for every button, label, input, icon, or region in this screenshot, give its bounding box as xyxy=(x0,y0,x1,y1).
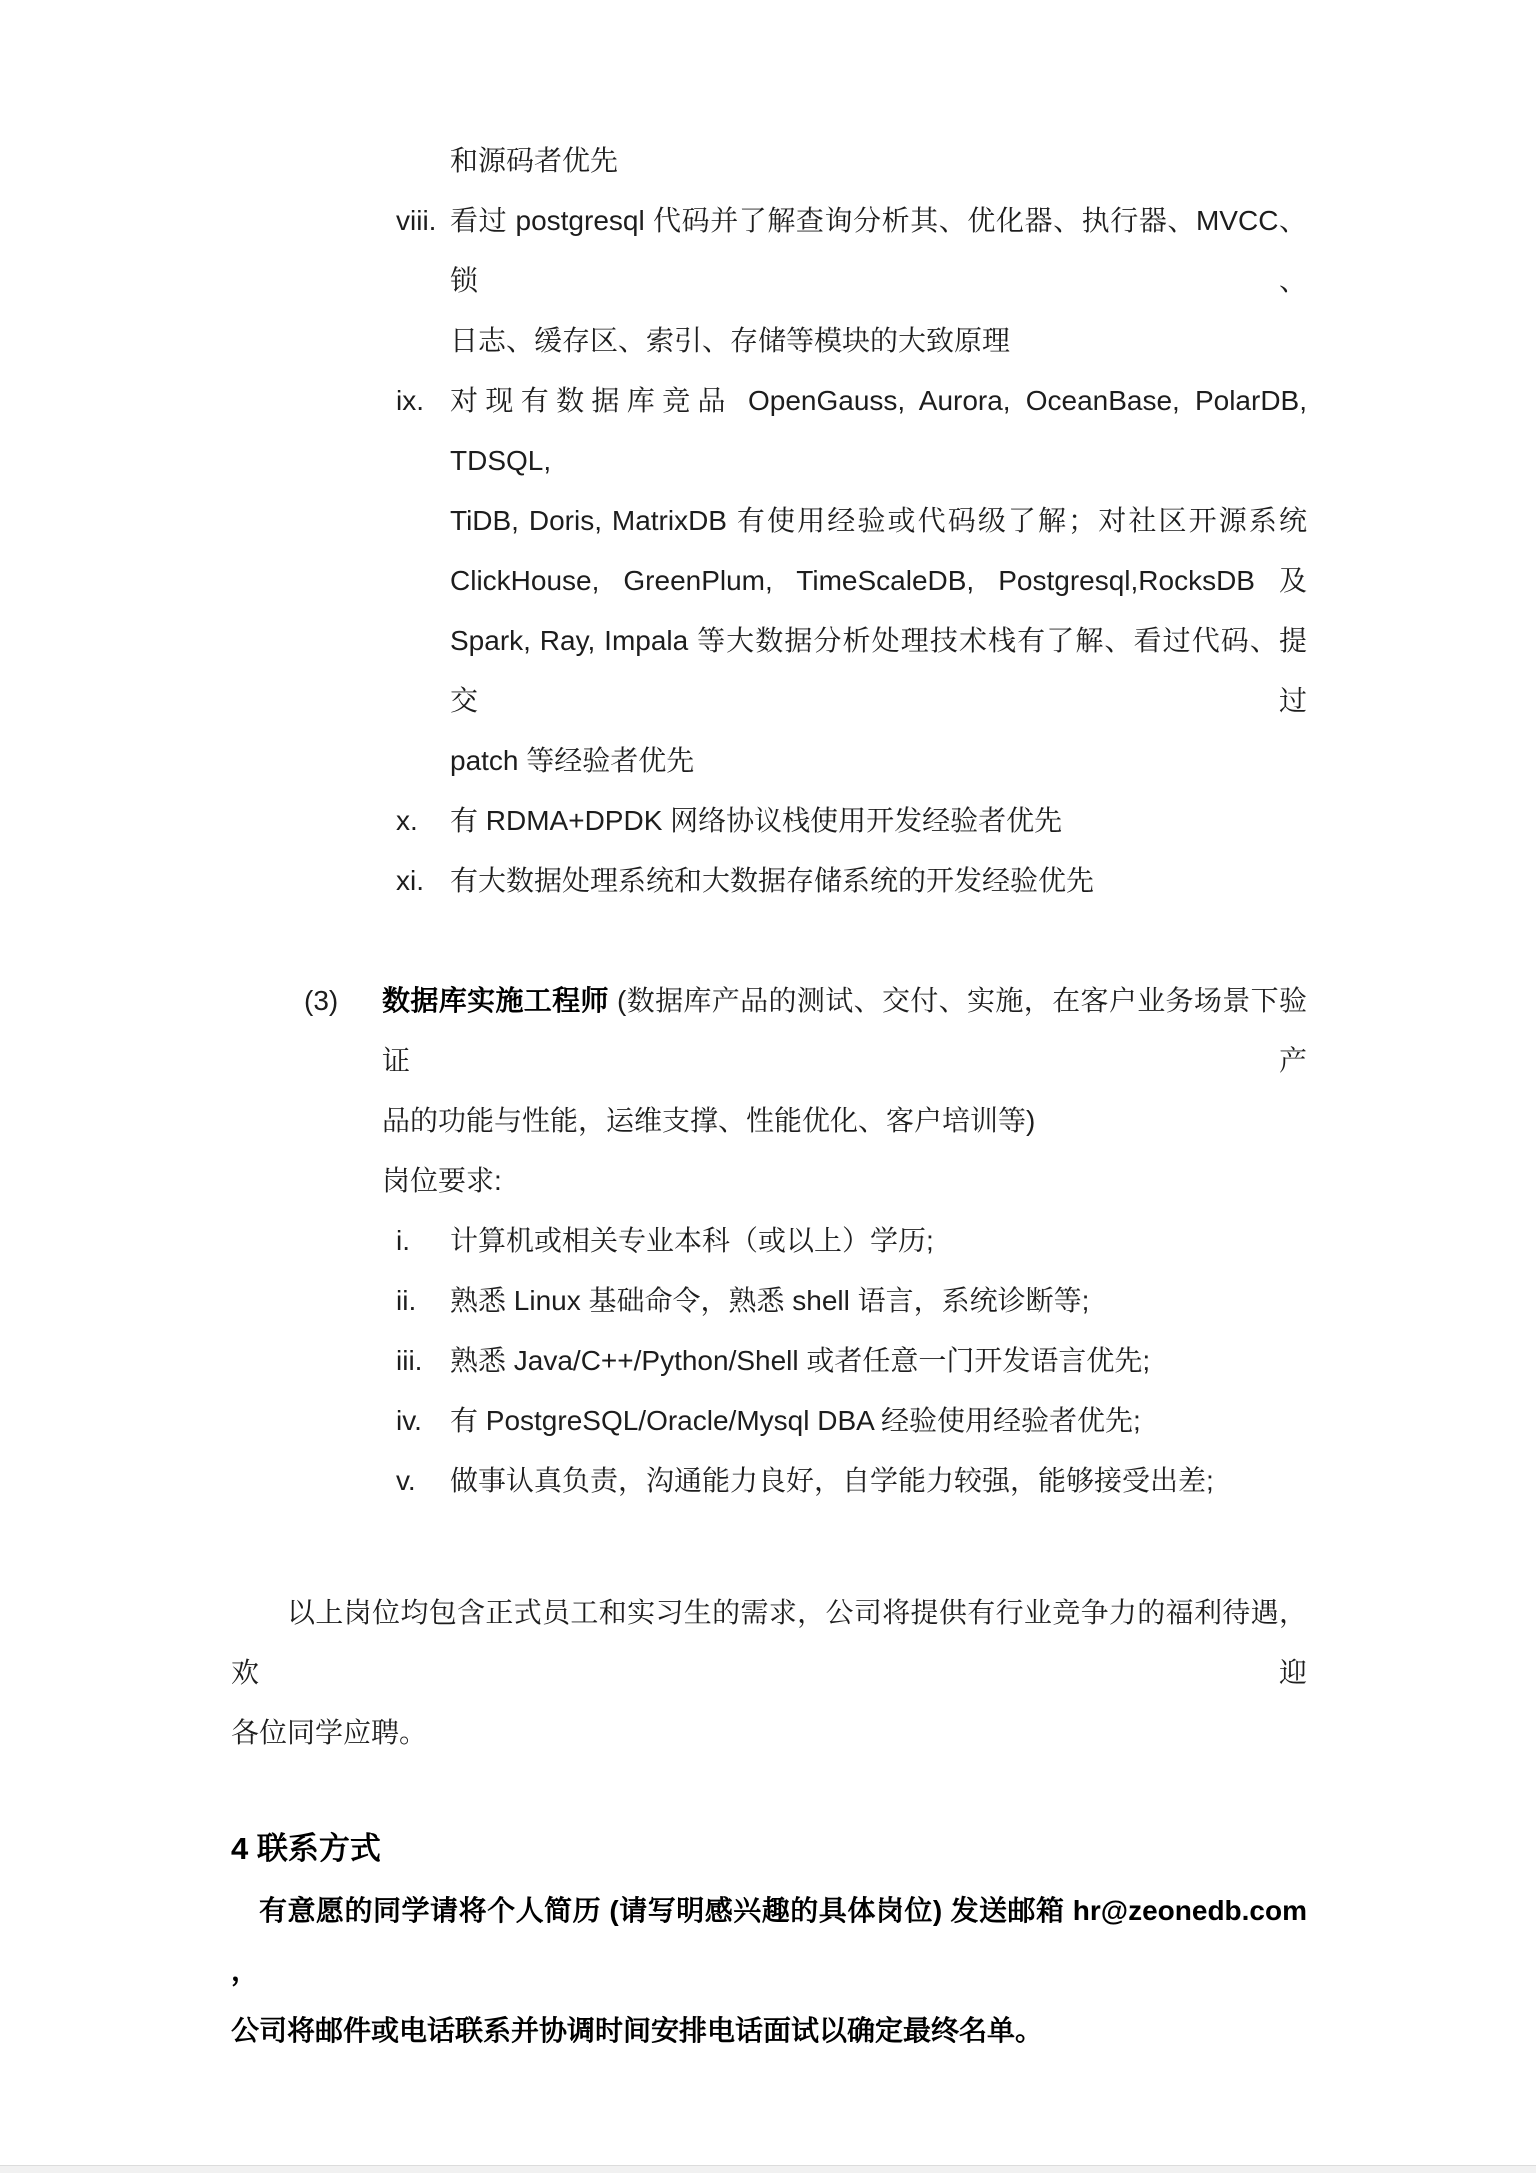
document-page: 和源码者优先 viii.看过 postgresql 代码并了解查询分析其、优化器… xyxy=(0,0,1536,2173)
list-item-text: 做事认真负责，沟通能力良好，自学能力较强，能够接受出差; xyxy=(450,1465,1214,1496)
contact-paragraph: 有意愿的同学请将个人简历 (请写明感兴趣的具体岗位) 发送邮箱 hr@zeone… xyxy=(231,1881,1307,2061)
list-item-line: viii.看过 postgresql 代码并了解查询分析其、优化器、执行器、MV… xyxy=(231,191,1307,311)
position-3-description-line: 品的功能与性能，运维支撑、性能优化、客户培训等) xyxy=(231,1091,1307,1151)
list-marker-v: v. xyxy=(396,1451,416,1511)
list-marker-ix: ix. xyxy=(396,371,424,431)
list-item-line: 日志、缓存区、索引、存储等模块的大致原理 xyxy=(231,311,1307,371)
list-item-vii-continuation: 和源码者优先 xyxy=(231,131,1307,191)
list-item-line: ii.熟悉 Linux 基础命令，熟悉 shell 语言，系统诊断等; xyxy=(231,1271,1307,1331)
list-marker-ii: ii. xyxy=(396,1271,416,1331)
requirements-label: 岗位要求: xyxy=(231,1151,1307,1211)
list-item-line: x.有 RDMA+DPDK 网络协议栈使用开发经验者优先 xyxy=(231,791,1307,851)
list-item-line: iv.有 PostgreSQL/Oracle/Mysql DBA 经验使用经验者… xyxy=(231,1391,1307,1451)
list-marker-iii: iii. xyxy=(396,1331,422,1391)
requirement-item-ii: ii.熟悉 Linux 基础命令，熟悉 shell 语言，系统诊断等; xyxy=(231,1271,1307,1331)
contact-line: 有意愿的同学请将个人简历 (请写明感兴趣的具体岗位) 发送邮箱 hr@zeone… xyxy=(231,1881,1307,2001)
list-marker-x: x. xyxy=(396,791,418,851)
requirement-item-i: i.计算机或相关专业本科（或以上）学历; xyxy=(231,1211,1307,1271)
contact-section-heading: 4 联系方式 xyxy=(231,1816,1307,1881)
list-item-text: 对现有数据库竞品 OpenGauss, Aurora, OceanBase, P… xyxy=(450,385,1307,476)
position-3-marker: (3) xyxy=(304,971,338,1031)
list-item-line: TiDB, Doris, MatrixDB 有使用经验或代码级了解；对社区开源系… xyxy=(231,491,1307,551)
list-item-line: Spark, Ray, Impala 等大数据分析处理技术栈有了解、看过代码、提… xyxy=(231,611,1307,731)
list-item-text: 有 RDMA+DPDK 网络协议栈使用开发经验者优先 xyxy=(450,805,1062,836)
list-item-line: v.做事认真负责，沟通能力良好，自学能力较强，能够接受出差; xyxy=(231,1451,1307,1511)
list-item-text: 计算机或相关专业本科（或以上）学历; xyxy=(450,1225,934,1256)
list-item-x: x.有 RDMA+DPDK 网络协议栈使用开发经验者优先 xyxy=(231,791,1307,851)
list-item-text: 熟悉 Java/C++/Python/Shell 或者任意一门开发语言优先; xyxy=(450,1345,1150,1376)
list-item-line: ClickHouse, GreenPlum, TimeScaleDB, Post… xyxy=(231,551,1307,611)
list-item-xi: xi.有大数据处理系统和大数据存储系统的开发经验优先 xyxy=(231,851,1307,911)
closing-line: 各位同学应聘。 xyxy=(231,1703,1307,1763)
list-item-line: iii.熟悉 Java/C++/Python/Shell 或者任意一门开发语言优… xyxy=(231,1331,1307,1391)
requirement-item-iii: iii.熟悉 Java/C++/Python/Shell 或者任意一门开发语言优… xyxy=(231,1331,1307,1391)
position-3-title-line: (3)数据库实施工程师 (数据库产品的测试、交付、实施，在客户业务场景下验证产 xyxy=(231,971,1307,1091)
page-bottom-edge xyxy=(0,2165,1536,2173)
list-item-line: ix.对现有数据库竞品 OpenGauss, Aurora, OceanBase… xyxy=(231,371,1307,491)
list-marker-iv: iv. xyxy=(396,1391,422,1451)
list-item-text: 熟悉 Linux 基础命令，熟悉 shell 语言，系统诊断等; xyxy=(450,1285,1089,1316)
list-marker-xi: xi. xyxy=(396,851,424,911)
closing-paragraph: 以上岗位均包含正式员工和实习生的需求，公司将提供有行业竞争力的福利待遇，欢迎 各… xyxy=(231,1583,1307,1763)
contact-line: 公司将邮件或电话联系并协调时间安排电话面试以确定最终名单。 xyxy=(231,2001,1307,2061)
closing-line: 以上岗位均包含正式员工和实习生的需求，公司将提供有行业竞争力的福利待遇，欢迎 xyxy=(231,1583,1307,1703)
list-item-line: xi.有大数据处理系统和大数据存储系统的开发经验优先 xyxy=(231,851,1307,911)
list-item-viii: viii.看过 postgresql 代码并了解查询分析其、优化器、执行器、MV… xyxy=(231,191,1307,371)
list-item-text: 有 PostgreSQL/Oracle/Mysql DBA 经验使用经验者优先; xyxy=(450,1405,1141,1436)
list-item-line: patch 等经验者优先 xyxy=(231,731,1307,791)
requirement-item-iv: iv.有 PostgreSQL/Oracle/Mysql DBA 经验使用经验者… xyxy=(231,1391,1307,1451)
list-marker-i: i. xyxy=(396,1211,410,1271)
position-3-section: (3)数据库实施工程师 (数据库产品的测试、交付、实施，在客户业务场景下验证产 … xyxy=(231,971,1307,1511)
list-item-line: i.计算机或相关专业本科（或以上）学历; xyxy=(231,1211,1307,1271)
position-3-title: 数据库实施工程师 xyxy=(382,985,609,1016)
requirement-item-v: v.做事认真负责，沟通能力良好，自学能力较强，能够接受出差; xyxy=(231,1451,1307,1511)
list-item-text: 有大数据处理系统和大数据存储系统的开发经验优先 xyxy=(450,865,1094,896)
list-item-text: 看过 postgresql 代码并了解查询分析其、优化器、执行器、MVCC、锁、 xyxy=(450,205,1307,296)
list-item-ix: ix.对现有数据库竞品 OpenGauss, Aurora, OceanBase… xyxy=(231,371,1307,791)
list-marker-viii: viii. xyxy=(396,191,436,251)
